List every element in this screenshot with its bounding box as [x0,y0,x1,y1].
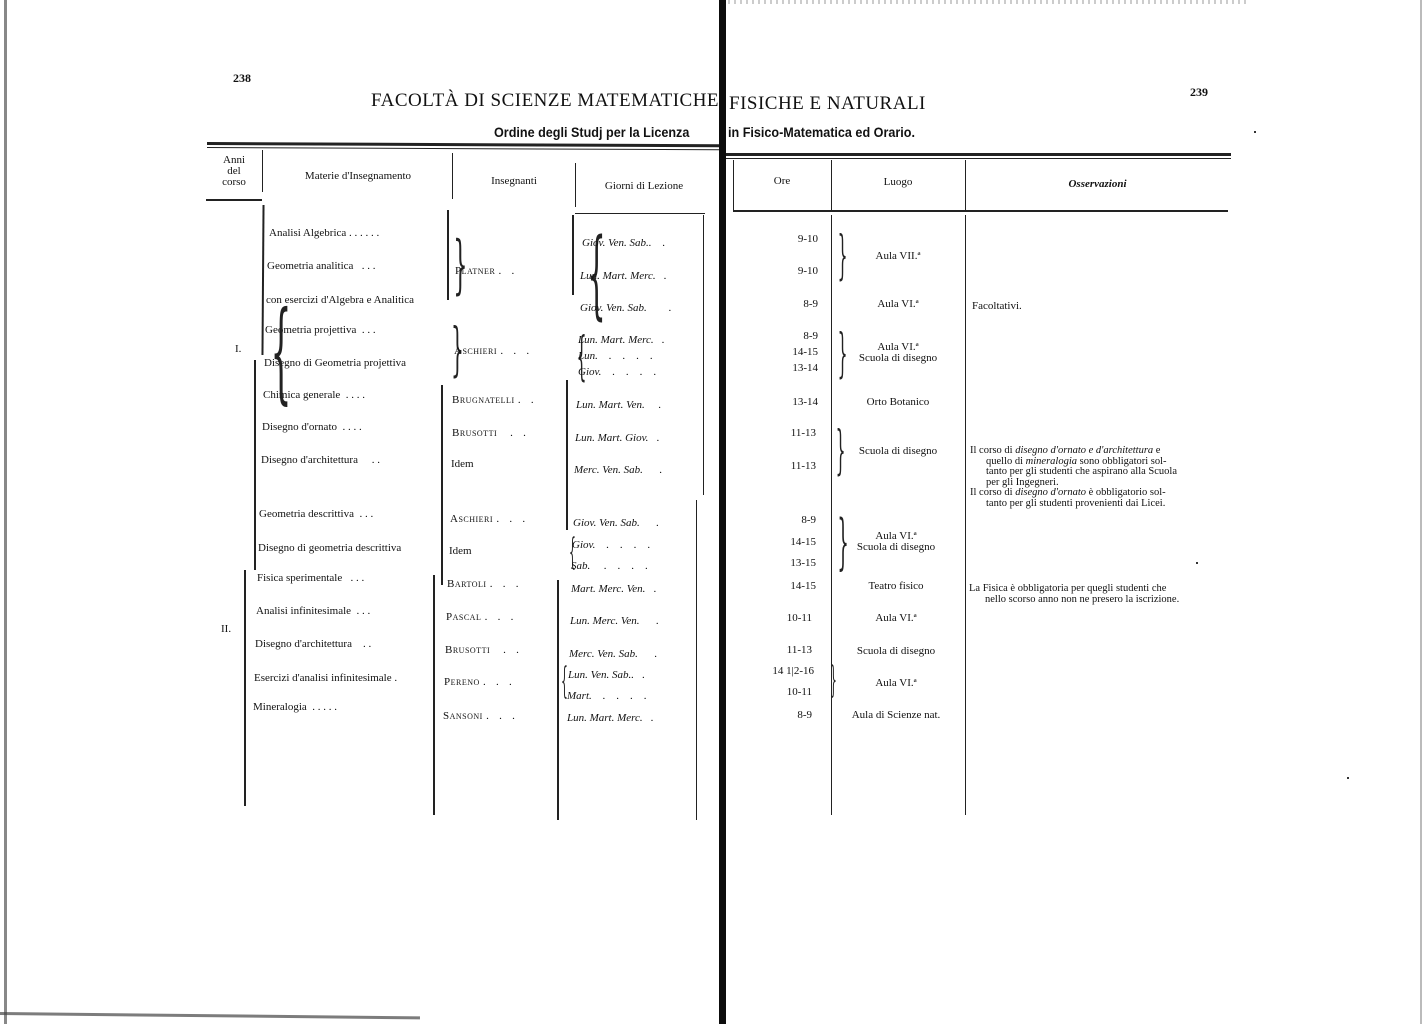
luogo-value: Aula VI.ª [834,612,958,624]
giorni-text: Lun. [578,350,598,362]
giorni-text: Lun. Mart. Merc. [578,334,654,346]
header-luogo: Luogo [836,177,960,188]
note-line: tanto per gli studenti che aspirano alla… [970,467,1228,478]
column-line [572,215,574,295]
ink-speck [1196,562,1198,564]
giorni-lezione: Lun. Mart. Giov. . [575,432,659,444]
scan-bottom-noise [0,1012,420,1019]
giorni-lezione: Lun. Mart. Merc. . [567,712,654,724]
insegnante-name: Idem [451,458,474,470]
leader-dots: . [394,672,397,684]
luogo-line: Scuola di disegno [836,353,960,364]
header-divider [733,160,734,210]
note-text-italic: disegno d'ornato [1015,487,1086,498]
giorni-lezione: Lun. Merc. Ven. . [570,615,659,627]
giorni-lezione: Lun. Mart. Ven. . [576,399,661,411]
luogo-value: Aula VI.ª [836,298,960,310]
giorni-text: Lun. Merc. Ven. [570,615,640,627]
insegnante: Brusotti . . [445,644,519,656]
ink-speck [1347,777,1349,779]
giorni-lezione: Mart. . . . . [567,690,647,702]
leader-dots: . . . . . . [349,227,379,239]
giorni-text: Sab. [571,560,590,572]
year-first: I. [235,343,241,355]
row-materia: Geometria analitica . . . [267,260,375,272]
note-line: Il corso di disegno d'ornato è obbligato… [970,488,1228,499]
header-giorni: Giorni di Lezione [580,181,708,192]
giorni-lezione: Lun. Mart. Merc. . [580,270,667,282]
luogo-value: Aula VI.ª Scuola di disegno [836,342,960,364]
table-top-rule-right [726,153,1231,156]
ore-value: 8-9 [758,514,816,526]
materia-text: Analisi Algebrica [269,227,346,239]
insegnante-name: Platner [455,265,495,277]
note-text: è obbligatorio sol- [1086,487,1166,498]
brace-left: { [271,296,292,406]
ore-value: 9-10 [760,265,818,277]
materia-text: Esercizi d'analisi infinitesimale [254,672,392,684]
note-line: La Fisica è obbligatoria per quegli stud… [969,584,1227,595]
insegnante-name: Brusotti [452,427,497,439]
giorni-text: Giov. Ven. Sab.. [582,237,651,249]
note-line: tanto per gli studenti provenienti dai L… [970,499,1228,510]
ore-value: 11-13 [754,644,812,656]
giorni-text: Lun. Mart. Ven. [576,399,645,411]
osservazione-note-disegno: Il corso di disegno d'ornato e d'archite… [970,446,1228,509]
row-materia: Fisica sperimentale . . . [257,572,364,584]
luogo-value: Aula di Scienze nat. [834,709,958,721]
column-line [441,385,443,585]
insegnante-name: Brugnatelli [452,394,515,406]
note-text: e [1153,445,1160,456]
luogo-value: Aula VI.ª Scuola di disegno [834,531,958,553]
ink-speck [1254,131,1256,133]
table-top-rule-right-thin [726,158,1231,159]
note-text-italic: disegno d'ornato e d'architettura [1015,445,1153,456]
leader-dots: . . . . [343,421,362,433]
ore-value: 14-15 [758,580,816,592]
giorni-lezione: Giov. Ven. Sab.. . [582,237,665,249]
leader-dots: . . . [360,508,374,520]
giorni-lezione: Merc. Ven. Sab. . [574,464,662,476]
insegnante: Brugnatelli . . [452,394,534,406]
insegnante: Idem [449,545,472,557]
insegnante-name: Sansoni [443,710,483,722]
giorni-text: Lun. Mart. Merc. [580,270,656,282]
row-materia: Analisi infinitesimale . . . [256,605,370,617]
column-line [433,575,435,815]
row-materia: Mineralogia . . . . . [253,701,337,713]
header-bottom-rule [733,210,1228,212]
materia-text: Disegno d'architettura [261,454,358,466]
page-subtitle-left: Ordine degli Studj per la Licenza [494,124,689,140]
ore-value: 14-15 [758,536,816,548]
scan-top-noise [728,0,1248,4]
insegnante-name: Aschieri [454,345,497,357]
luogo-value: Scuola di disegno [836,445,960,457]
note-text-italic: mineralogia [1026,456,1077,467]
giorni-lezione: Lun. Ven. Sab.. . [568,669,645,681]
materia-text: Analisi infinitesimale [256,605,351,617]
insegnante: Sansoni . . . [443,710,515,722]
ore-value: 8-9 [754,709,812,721]
materia-text: Geometria analitica [267,260,353,272]
giorni-lezione: Giov. . . . . [578,366,656,378]
materia-text: Mineralogia [253,701,307,713]
header-osservazioni: Osservazioni [970,179,1225,190]
insegnante: Pascal . . . [446,611,514,623]
leader-dots: . . . [357,605,371,617]
row-materia: Disegno di geometria descrittiva [258,542,401,554]
insegnante: Aschieri . . . [454,345,530,357]
materia-text: Fisica sperimentale [257,572,342,584]
scan-left-edge [4,0,7,1024]
leader-dots: . . [363,638,371,650]
materia-text: Geometria descrittiva [259,508,354,520]
ore-value: 13-15 [758,557,816,569]
insegnante: Platner . . [455,265,515,277]
giorni-text: Lun. Ven. Sab.. [568,669,634,681]
row-materia: Disegno d'ornato . . . . [262,421,362,433]
header-divider [575,163,576,207]
insegnante: Aschieri . . . [450,513,526,525]
column-line [831,215,832,815]
ore-value: 13-14 [760,396,818,408]
leader-dots: . . . . [346,389,365,401]
header-bottom-rule [206,199,262,201]
ore-value: 8-9 [760,298,818,310]
luogo-line: Scuola di disegno [834,542,958,553]
ore-value: 10-11 [754,686,812,698]
note-text: sono obbligatori sol- [1077,456,1167,467]
materia-text: Disegno d'architettura [255,638,352,650]
luogo-value: Orto Botanico [836,396,960,408]
giorni-lezione: Giov. . . . . [572,539,650,551]
giorni-lezione: Sab. . . . . [571,560,648,572]
ore-value: 8-9 [760,330,818,342]
leader-dots: . . [372,454,380,466]
scan-right-edge [1420,0,1422,1024]
column-line [703,215,704,495]
insegnante-name: Pascal [446,611,481,623]
giorni-text: Mart. Merc. Ven. [571,583,645,595]
osservazione-note-fisica: La Fisica è obbligatoria per quegli stud… [969,584,1227,605]
header-divider [831,160,832,210]
column-line [965,215,966,815]
giorni-lezione: Lun. Mart. Merc. . [578,334,665,346]
header-bottom-rule [575,213,705,214]
column-line [566,380,568,530]
row-materia: Geometria descrittiva . . . [259,508,373,520]
insegnante-name: Bartoli [447,578,487,590]
giorni-text: Giov. Ven. Sab. [573,517,640,529]
column-line [696,500,697,820]
column-line [254,360,256,570]
header-ore: Ore [738,176,826,187]
giorni-lezione: Giov. Ven. Sab. . [573,517,659,529]
giorni-text: Mart. [567,690,592,702]
header-anni-del-corso: Anni del corso [212,155,256,188]
page-number-right: 239 [1190,85,1208,100]
page-title-right: FISICHE E NATURALI [729,93,926,115]
row-materia: Disegno d'architettura . . [255,638,371,650]
luogo-value: Scuola di disegno [834,645,958,657]
giorni-text: Giov. [578,366,601,378]
giorni-text: Lun. Mart. Merc. [567,712,643,724]
giorni-lezione: Giov. Ven. Sab. . [580,302,671,314]
ore-value: 9-10 [760,233,818,245]
insegnante: Idem [451,458,474,470]
ore-value: 13-14 [760,362,818,374]
insegnante-name: Brusotti [445,644,490,656]
giorni-text: Giov. [572,539,595,551]
note-text: Il corso di [970,445,1015,456]
leader-dots: . . . . . [312,701,337,713]
giorni-lezione: Mart. Merc. Ven. . [571,583,656,595]
year-second: II. [221,623,231,635]
ore-value: 10-11 [754,612,812,624]
materia-text: Disegno di geometria descrittiva [258,542,401,554]
ore-value: 11-13 [758,460,816,472]
ore-value: 11-13 [758,427,816,439]
row-materia: Disegno d'architettura . . [261,454,380,466]
header-divider [452,153,453,199]
page-number-left: 238 [233,71,251,86]
page-title-left: FACOLTÀ DI SCIENZE MATEMATICHE [371,90,719,112]
giorni-text: Merc. Ven. Sab. [574,464,643,476]
leader-dots: . . . [362,260,376,272]
giorni-lezione: Merc. Ven. Sab. . [569,648,657,660]
header-divider [965,160,966,210]
row-materia: Analisi Algebrica . . . . . . [269,227,379,239]
leader-dots: . . . [362,324,376,336]
header-anni-line3: corso [212,177,256,188]
table-top-rule-left-thin [207,147,719,150]
luogo-value: Aula VII.ª [836,250,960,262]
ore-value: 14-15 [760,346,818,358]
column-line [447,210,449,300]
book-gutter [719,0,726,1024]
header-divider [262,150,263,192]
insegnante-name: Pereno [444,676,480,688]
note-text: Il corso di [970,487,1015,498]
insegnante: Pereno . . . [444,676,512,688]
insegnante-name: Aschieri [450,513,493,525]
giorni-text: Merc. Ven. Sab. [569,648,638,660]
insegnante: Bartoli . . . [447,578,519,590]
insegnante-name: Idem [449,545,472,557]
giorni-text: Lun. Mart. Giov. [575,432,648,444]
header-materie: Materie d'Insegnamento [268,171,448,182]
row-materia: Esercizi d'analisi infinitesimale . [254,672,397,684]
giorni-lezione: Lun. . . . . [578,350,653,362]
leader-dots: . . . [350,572,364,584]
page-subtitle-right: in Fisico-Matematica ed Orario. [728,124,915,140]
osservazione-facoltativi: Facoltativi. [972,300,1022,312]
insegnante: Brusotti . . [452,427,526,439]
luogo-value: Teatro fisico [834,580,958,592]
giorni-text: Giov. Ven. Sab. [580,302,647,314]
note-line: nello scorso anno non ne presero la iscr… [969,595,1227,606]
ore-value: 14 1|2-16 [744,665,814,677]
note-text: quello di [986,456,1026,467]
column-line [244,570,246,806]
header-insegnanti: Insegnanti [458,176,570,187]
materia-text: Disegno d'ornato [262,421,337,433]
column-line [557,580,559,820]
luogo-value: Aula VI.ª [834,677,958,689]
